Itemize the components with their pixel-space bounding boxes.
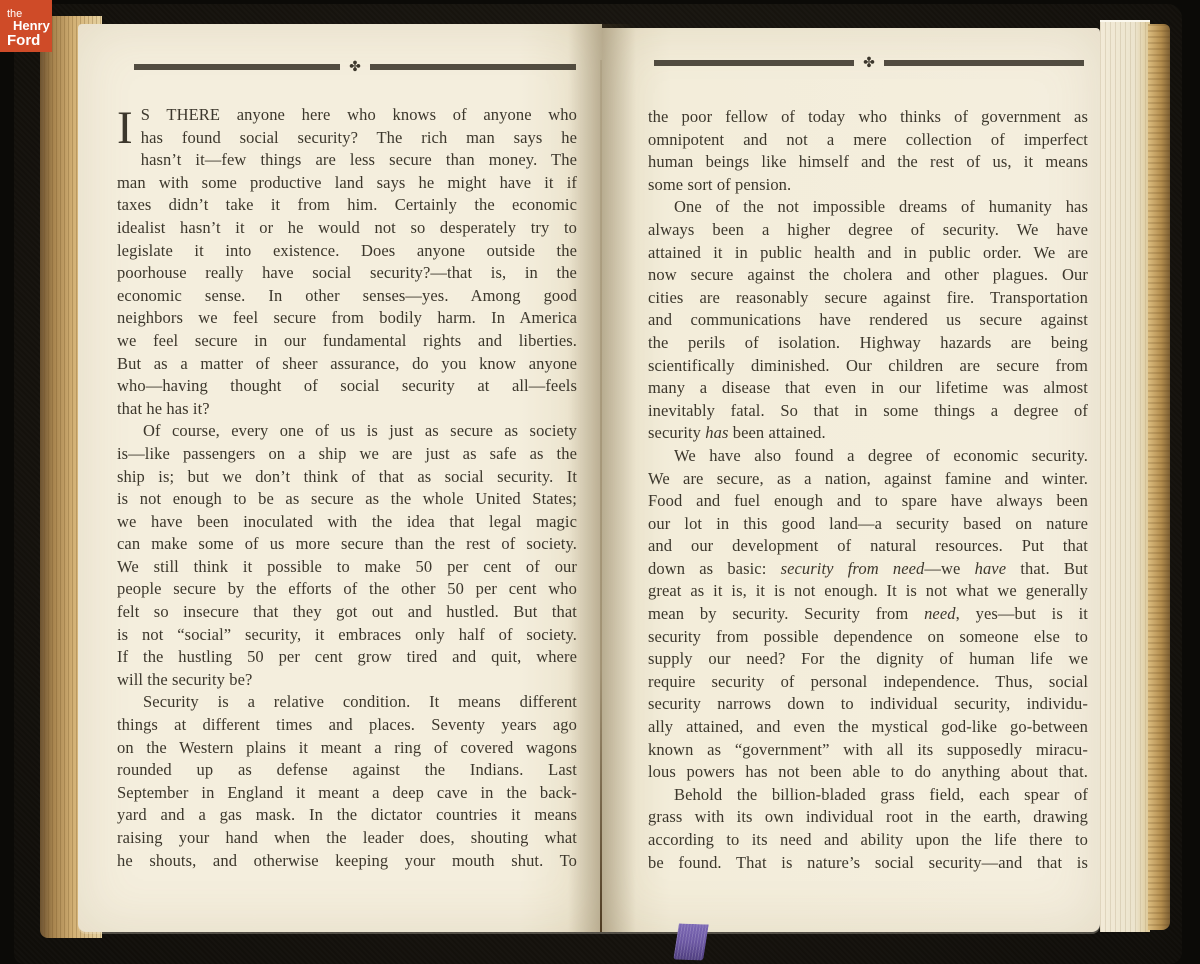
right-fore-edge-gilt [1148,24,1170,930]
logo-text-ford: Ford [7,32,40,49]
text-line: September in England it meant a deep cav… [117,782,577,805]
text-line: taxes didn’t take it from him. Certainly… [117,194,577,217]
paragraph: We have also found a degree of economic … [648,445,1088,784]
text-line: rounded up as defense against the Indian… [117,759,577,782]
text-line: raising your hand when the leader does, … [117,827,577,850]
text-line: But as a matter of sheer assurance, do y… [117,353,577,376]
text-line: We have also found a degree of economic … [648,445,1088,468]
text-line: grass with its own individual root in th… [648,806,1088,829]
text-line: security from possible dependence on som… [648,626,1088,649]
henry-ford-logo: the Henry Ford [0,0,52,52]
text-line: is not “social” security, it embraces on… [117,624,577,647]
text-line: We still think it possible to make 50 pe… [117,556,577,579]
text-line: people secure by the efforts of the othe… [117,578,577,601]
header-rule-segment [370,64,576,70]
text-line: now secure against the cholera and other… [648,264,1088,287]
text-line: that he has it? [117,398,577,421]
text-line: the poor fellow of today who thinks of g… [648,106,1088,129]
text-line: idealist hasn’t it or he would not so de… [117,217,577,240]
right-page: ✤ the poor fellow of today who thinks of… [602,28,1100,932]
text-line: omnipotent and not a mere collection of … [648,129,1088,152]
text-line: we feel secure in our fundamental rights… [117,330,577,353]
text-line: great as it is, it is not enough. It is … [648,580,1088,603]
text-line: on the Western plains it meant a ring of… [117,737,577,760]
right-page-edge-stack [1100,20,1150,932]
text-line: security narrows down to individual secu… [648,693,1088,716]
left-page: ✤ IS THERE anyone here who knows of anyo… [78,24,602,932]
text-line: attained it in public health and in publ… [648,242,1088,265]
fleuron-ornament-icon: ✤ [349,60,361,74]
text-line: We are secure, as a nation, against fami… [648,468,1088,491]
header-rule-segment [884,60,1084,66]
paragraph: One of the not impossible dreams of huma… [648,196,1088,445]
text-line: is—like passengers on a ship we are just… [117,443,577,466]
text-line: he shouts, and otherwise keeping your mo… [117,850,577,873]
text-line: yard and a gas mask. In the dictator cou… [117,804,577,827]
book-gutter-line [600,60,602,932]
text-line: ally attained, and even the mystical god… [648,716,1088,739]
text-line: some sort of pension. [648,174,1088,197]
text-line: known as “government” with all its suppo… [648,739,1088,762]
text-line: Food and fuel enough and to spare have a… [648,490,1088,513]
text-line: hasn’t it—few things are less secure tha… [117,149,577,172]
paragraph: IS THERE anyone here who knows of anyone… [117,104,577,420]
text-line: man with some productive land says he mi… [117,172,577,195]
text-line: economic sense. In other senses—yes. Amo… [117,285,577,308]
text-line: require security of personal independenc… [648,671,1088,694]
text-line: will the security be? [117,669,577,692]
text-line: scientifically diminished. Our children … [648,355,1088,378]
text-line: many a disease that even in our lifetime… [648,377,1088,400]
text-line: who—having thought of social security at… [117,375,577,398]
paragraph: Security is a relative condition. It mea… [117,691,577,872]
left-header-rule: ✤ [134,60,576,74]
drop-cap: I [117,106,133,150]
paragraph: the poor fellow of today who thinks of g… [648,106,1088,196]
left-page-text: IS THERE anyone here who knows of anyone… [117,104,577,872]
text-line: ship is; but we don’t think of that as s… [117,466,577,489]
text-line: things at different times and places. Se… [117,714,577,737]
text-line: S THERE anyone here who knows of anyone … [117,104,577,127]
text-line: inevitably fatal. So that in some things… [648,400,1088,423]
logo-text-henry: Henry [13,18,50,33]
text-line: neighbors we feel secure from bodily har… [117,307,577,330]
text-line: is not enough to be as secure as the who… [117,488,577,511]
text-line: Security is a relative condition. It mea… [117,691,577,714]
text-line: we have been inoculated with the idea th… [117,511,577,534]
text-line: our lot in this good land—a security bas… [648,513,1088,536]
text-line: according to its need and ability upon t… [648,829,1088,852]
text-line: felt so insecure that they got out and h… [117,601,577,624]
text-line: Behold the billion-bladed grass field, e… [648,784,1088,807]
text-line: and communications have rendered us secu… [648,309,1088,332]
header-rule-segment [654,60,854,66]
text-line: poorhouse really have social security?—t… [117,262,577,285]
fleuron-ornament-icon: ✤ [863,56,875,70]
text-line: One of the not impossible dreams of huma… [648,196,1088,219]
paragraph: Behold the billion-bladed grass field, e… [648,784,1088,874]
text-line: cities are reasonably secure against fir… [648,287,1088,310]
text-line: human beings like himself and the rest o… [648,151,1088,174]
text-line: be found. That is nature’s social securi… [648,852,1088,875]
text-line: can make some of us more secure than the… [117,533,577,556]
text-line: If the hustling 50 per cent grow tired a… [117,646,577,669]
text-line: the perils of isolation. Highway hazards… [648,332,1088,355]
text-line: and our development of natural resources… [648,535,1088,558]
header-rule-segment [134,64,340,70]
paragraph: Of course, every one of us is just as se… [117,420,577,691]
right-header-rule: ✤ [654,56,1084,70]
text-line: down as basic: security from need—we hav… [648,558,1088,581]
text-line: security has been attained. [648,422,1088,445]
text-line: legislate it into existence. Does anyone… [117,240,577,263]
ribbon-bookmark [673,923,709,960]
text-line: has found social security? The rich man … [117,127,577,150]
text-line: Of course, every one of us is just as se… [117,420,577,443]
text-line: supply our need? For the dignity of huma… [648,648,1088,671]
text-line: always been a higher degree of security.… [648,219,1088,242]
right-page-text: the poor fellow of today who thinks of g… [648,106,1088,874]
text-line: mean by security. Security from need, ye… [648,603,1088,626]
text-line: lous powers has not been able to do anyt… [648,761,1088,784]
